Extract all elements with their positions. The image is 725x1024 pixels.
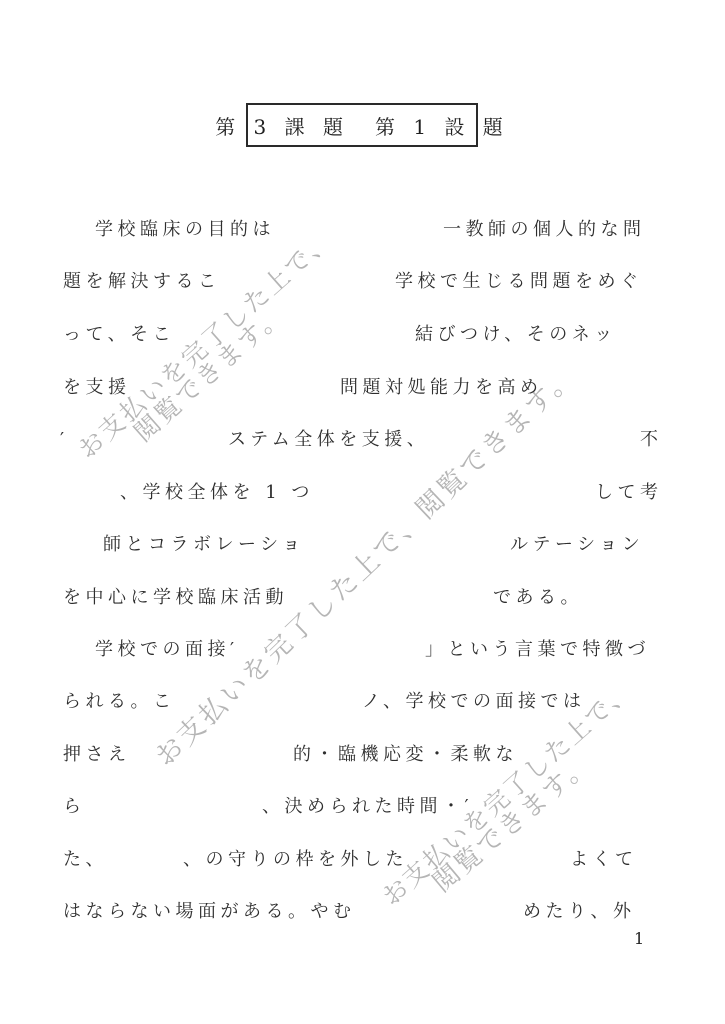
text-segment: ルテーション <box>510 536 644 554</box>
text-line: 学校臨床の目的は一教師の個人的な問 <box>0 221 725 245</box>
text-segment: である。 <box>493 589 583 607</box>
text-line: 師とコラボレーショルテーション <box>0 536 725 560</box>
text-segment: 師とコラボレーショ <box>103 536 305 554</box>
text-segment: 、の守りの枠を外した <box>183 851 408 869</box>
text-segment: を支援 <box>63 379 131 397</box>
text-segment: 押さえ <box>63 746 131 764</box>
text-segment: 問題対処能力を高め <box>340 379 543 397</box>
text-segment: 的・臨機応変・柔軟な <box>293 746 518 764</box>
text-segment: 学校での面接′ <box>95 641 239 659</box>
text-segment: 、学校全体を 1 つ <box>120 484 314 502</box>
body-text: 学校臨床の目的は一教師の個人的な問題を解決するこ学校で生じる問題をめぐって、そこ… <box>0 0 725 1024</box>
text-segment: ら <box>63 798 86 816</box>
text-line: って、そこ結びつけ、そのネッ <box>0 326 725 350</box>
text-line: ら、決められた時間・′ <box>0 798 725 822</box>
text-segment: 学校で生じる問題をめぐ <box>395 273 643 291</box>
text-line: られる。こノ、学校での面接では <box>0 693 725 717</box>
text-segment: 、決められた時間・′ <box>262 798 473 816</box>
text-segment: た、 <box>63 851 108 869</box>
text-line: 題を解決するこ学校で生じる問題をめぐ <box>0 273 725 297</box>
text-line: た、、の守りの枠を外したよくて <box>0 851 725 875</box>
text-segment: 結びつけ、そのネッ <box>415 326 617 344</box>
text-line: を中心に学校臨床活動である。 <box>0 589 725 613</box>
text-line: 学校での面接′」という言葉で特徴づ <box>0 641 725 665</box>
text-line: ′ステム全体を支援、不 <box>0 431 725 455</box>
text-segment: めたり、外 <box>523 903 636 921</box>
text-segment: 題を解決するこ <box>63 273 221 291</box>
text-segment: 学校臨床の目的は <box>95 221 275 239</box>
text-segment: して考 <box>595 484 663 502</box>
text-segment: を中心に学校臨床活動 <box>63 589 288 607</box>
page-number: 1 <box>634 929 644 948</box>
text-segment: 」という言葉で特徴づ <box>425 641 650 659</box>
text-line: を支援問題対処能力を高め <box>0 379 725 403</box>
text-segment: ノ、学校での面接では <box>362 693 586 711</box>
text-segment: ステム全体を支援、 <box>228 431 429 449</box>
text-segment: ′ <box>60 431 69 449</box>
text-segment: 不 <box>640 431 663 449</box>
text-line: 、学校全体を 1 つして考 <box>0 484 725 508</box>
text-segment: られる。こ <box>63 693 176 711</box>
text-segment: よくて <box>570 851 638 869</box>
text-segment: って、そこ <box>63 326 175 344</box>
document-page: お支払いを完了した上で、閲覧できます。お支払いを完了した上で、閲覧できます。お支… <box>0 0 725 1024</box>
text-segment: 一教師の個人的な問 <box>443 221 646 239</box>
text-segment: はならない場面がある。やむ <box>63 903 356 921</box>
text-line: 押さえ的・臨機応変・柔軟な <box>0 746 725 770</box>
text-line: はならない場面がある。やむめたり、外 <box>0 903 725 927</box>
